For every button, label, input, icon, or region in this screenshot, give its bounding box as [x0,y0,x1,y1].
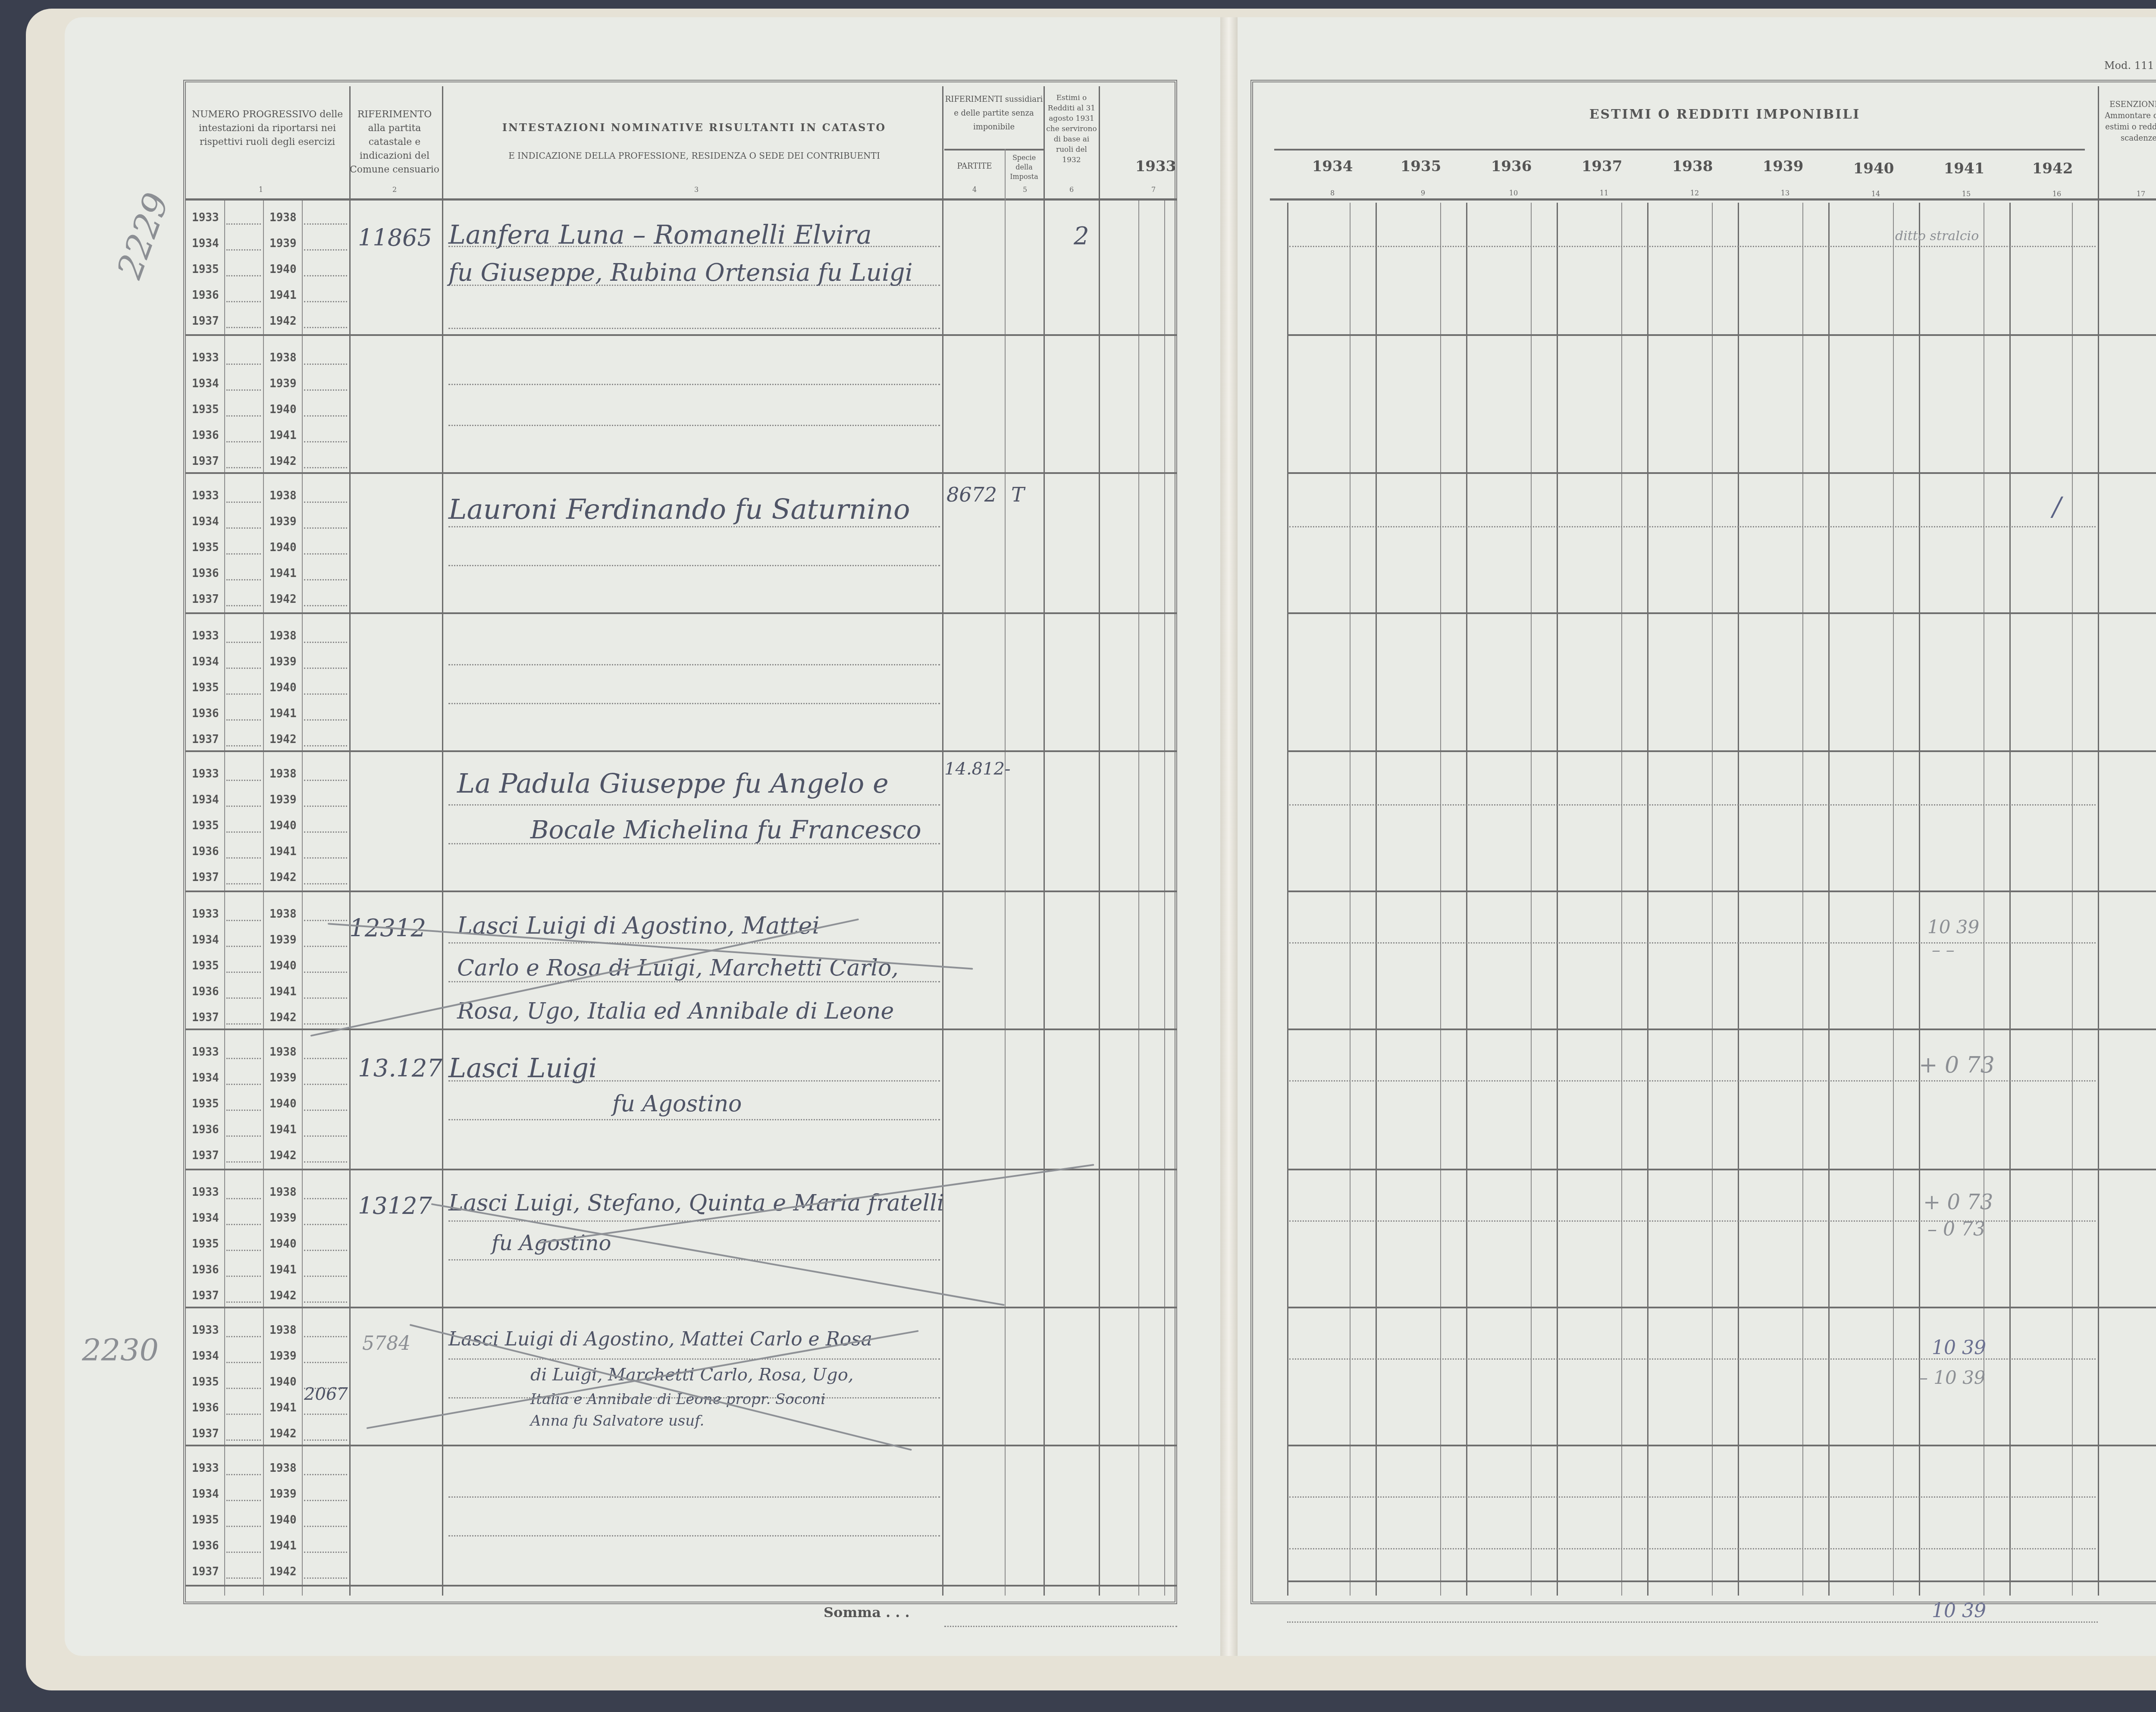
year-label: 1940 [269,1097,297,1110]
year-label: 1938 [269,1046,297,1059]
year-fill-line [304,972,347,973]
year-fill-line [304,1526,347,1527]
col-divider [1712,203,1713,1596]
ruled-line [448,328,940,329]
year-label: 1940 [269,263,297,276]
header-year-1935: 1935 [1376,160,1466,173]
year-fill-line [304,327,347,328]
right-table-frame [1250,80,2156,1604]
colnum-7: 7 [1147,185,1160,194]
year-fill-line [226,364,261,365]
row-separator [185,1585,1177,1587]
entry-7-line-1: Lasci Luigi [448,1052,597,1084]
header-partite: PARTITE [944,160,1005,173]
year-fill-line [226,1110,261,1111]
book-gutter [1220,17,1238,1656]
header-intestazioni-sub: E INDICAZIONE DELLA PROFESSIONE, RESIDEN… [444,149,944,163]
entry-1-line-2: fu Giuseppe, Rubina Ortensia fu Luigi [448,259,913,287]
year-label: 1941 [269,1402,297,1414]
row-separator [1287,1445,2156,1446]
year-label: 1934 [192,377,219,390]
year-fill-line [226,1474,261,1475]
year-label: 1935 [192,1097,219,1110]
ruled-line [448,981,940,982]
year-fill-line [304,1058,347,1059]
year-label: 1938 [269,1324,297,1337]
year-label: 1940 [269,1514,297,1527]
colnum-17: 17 [2134,190,2147,198]
entry-9-partita: 5784 [362,1333,411,1355]
margin-note-2230: 2230 [82,1333,159,1368]
col-divider [2009,203,2011,1596]
form-model-label: Mod. 111 - Imposte Dirette (Intercalare)… [2104,60,2156,72]
col-divider [442,86,443,1596]
year-fill-line [226,883,261,884]
header-bottom-rule-left [185,198,1177,201]
year-fill-line [304,364,347,365]
year-label: 1937 [192,593,219,606]
col-divider [1287,203,1288,1596]
year-fill-line [226,1198,261,1199]
year-label: 1933 [192,1462,219,1475]
year-fill-line [304,1362,347,1363]
ruled-line [448,565,940,566]
entry-9-value-1941-minus: – 10 39 [1919,1367,1986,1388]
year-label: 1937 [192,1011,219,1024]
year-label: 1939 [269,793,297,806]
col-divider [1350,203,1351,1596]
year-label: 1938 [269,1462,297,1475]
year-fill-line [226,441,261,442]
year-fill-line [304,441,347,442]
year-fill-line [304,997,347,999]
year-label: 1933 [192,908,219,921]
year-label: 1937 [192,1289,219,1302]
year-label: 1936 [192,429,219,442]
col-divider [1164,201,1165,1596]
year-fill-line [304,275,347,276]
colnum-11: 11 [1598,189,1611,197]
year-fill-line [304,719,347,721]
year-fill-line [304,780,347,781]
year-label: 1934 [192,793,219,806]
year-fill-line [226,1388,261,1389]
colnum-14: 14 [1869,190,1882,198]
header-riferimenti: RIFERIMENTI sussidiari e delle partite s… [944,93,1044,134]
year-label: 1938 [269,351,297,364]
year-label: 1942 [269,315,297,328]
year-label: 1939 [269,1212,297,1225]
entry-3-line-1: Lauroni Ferdinando fu Saturnino [448,494,910,526]
year-label: 1938 [269,489,297,502]
year-fill-line [226,275,261,276]
year-fill-line [304,605,347,606]
row-separator [185,334,1177,336]
header-estimi-imponibili: ESTIMI O REDDITI IMPONIBILI [1337,108,2113,122]
year-fill-line [304,527,347,529]
year-fill-line [226,831,261,833]
year-fill-line [226,780,261,781]
entry-9-value-1941: 10 39 [1932,1337,1986,1359]
colnum-1: 1 [254,185,267,194]
sum-label: Somma . . . [824,1604,910,1621]
ruled-line [448,942,940,944]
year-label: 1934 [192,1072,219,1085]
ruled-line [448,1119,940,1120]
col-divider [1138,201,1139,1596]
col-divider [1893,203,1894,1596]
year-fill-line [226,642,261,643]
entry-3-partite: 8672 [946,483,997,506]
col-divider [1802,203,1803,1596]
year-label: 1933 [192,768,219,781]
entry-1-annotation-1941: ditto stralcio [1895,229,1979,244]
year-label: 1937 [192,1565,219,1578]
year-label: 1939 [269,377,297,390]
year-fill-line [304,1135,347,1137]
header-year-1942: 1942 [2009,162,2096,176]
year-label: 1941 [269,1264,297,1276]
entry-3-specie: T [1011,483,1025,506]
year-label: 1937 [192,315,219,328]
entry-7-partita: 13.127 [358,1054,442,1082]
year-fill-line [226,415,261,417]
year-label: 1938 [269,1186,297,1199]
year-fill-line [226,579,261,580]
estimi-subheader-rule [1274,149,2085,151]
colnum-2: 2 [388,185,401,194]
col-divider [1557,203,1558,1596]
entry-5-partite: 14.812- [944,759,1010,779]
year-label: 1933 [192,489,219,502]
ruled-line [1289,246,2096,247]
year-fill-line [226,693,261,695]
ruled-line [448,384,940,385]
row-separator [1287,1580,2156,1582]
year-fill-line [226,972,261,973]
year-fill-line [226,502,261,503]
row-separator [185,1445,1177,1446]
year-label: 1941 [269,567,297,580]
year-label: 1935 [192,403,219,416]
year-label: 1933 [192,630,219,643]
header-year-1941: 1941 [1919,162,2009,176]
row-separator [185,612,1177,614]
header-year-1937: 1937 [1557,160,1647,173]
year-fill-line [226,806,261,807]
ruled-line [1289,804,2096,806]
sum-value-1941: 10 39 [1932,1600,1986,1622]
year-label: 1934 [192,1212,219,1225]
year-label: 1937 [192,455,219,468]
year-fill-line [304,693,347,695]
year-label: 1935 [192,1514,219,1527]
ruled-line [1289,1496,2096,1498]
year-fill-line [304,1439,347,1441]
colnum-6: 6 [1065,185,1078,194]
year-label: 1942 [269,733,297,746]
year-label: 1941 [269,289,297,302]
year-fill-line [304,579,347,580]
year-label: 1934 [192,934,219,947]
colnum-4: 4 [968,185,981,194]
year-fill-line [304,1474,347,1475]
row-separator [1287,612,2156,614]
year-label: 1939 [269,934,297,947]
row-separator [1287,750,2156,752]
header-bottom-rule-right [1270,198,2156,201]
ruled-line [448,425,940,426]
entry-5-line-1: La Padula Giuseppe fu Angelo e [457,768,889,799]
year-label: 1941 [269,845,297,858]
year-label: 1937 [192,1149,219,1162]
year-fill-line [226,1500,261,1501]
year-fill-line [226,1084,261,1085]
year-label: 1942 [269,1427,297,1440]
year-label: 1936 [192,707,219,720]
entry-9-line-1: Lasci Luigi di Agostino, Mattei Carlo e … [448,1328,872,1350]
col-divider [1531,203,1532,1596]
year-label: 1936 [192,1264,219,1276]
year-fill-line [304,1336,347,1337]
col-divider [1828,203,1830,1596]
colnum-15: 15 [1960,190,1973,198]
entry-1-line-1: Lanfera Luna – Romanelli Elvira [448,220,872,250]
year-fill-line [226,857,261,859]
row-separator [1287,334,2156,336]
col-divider [1440,203,1441,1596]
year-label: 1934 [192,237,219,250]
header-numero-progressivo: NUMERO PROGRESSIVO delle intestazioni da… [188,108,347,149]
year-label: 1933 [192,211,219,224]
year-fill-line [226,527,261,529]
ruled-line [448,1259,940,1260]
year-fill-line [226,1439,261,1441]
colnum-8: 8 [1326,189,1339,197]
entry-6-line-3: Rosa, Ugo, Italia ed Annibale di Leone [457,998,894,1024]
year-label: 1941 [269,707,297,720]
year-label: 1936 [192,1540,219,1552]
year-fill-line [304,223,347,225]
header-intestazioni: INTESTAZIONI NOMINATIVE RISULTANTI IN CA… [444,121,944,135]
year-label: 1936 [192,567,219,580]
col-divider [1044,86,1045,1596]
year-fill-line [226,1577,261,1579]
year-label: 1934 [192,655,219,668]
row-separator [185,1169,1177,1170]
row-separator [185,1307,1177,1308]
year-label: 1940 [269,959,297,972]
col-divider [1738,203,1739,1596]
year-label: 1936 [192,985,219,998]
year-label: 1935 [192,819,219,832]
year-fill-line [226,389,261,391]
year-fill-line [304,642,347,643]
year-label: 1942 [269,1149,297,1162]
ruled-line [448,703,940,704]
header-specie: Specie della Imposta [1005,153,1044,182]
col-divider [302,201,303,1596]
year-label: 1934 [192,515,219,528]
entry-6-value-1941-minus: – – [1932,940,1955,960]
entry-9-partita-alt: 2067 [304,1384,348,1404]
year-fill-line [304,1250,347,1251]
year-fill-line [304,883,347,884]
year-label: 1937 [192,733,219,746]
year-fill-line [304,415,347,417]
sum-line [944,1626,1177,1627]
year-fill-line [304,1023,347,1025]
year-label: 1939 [269,655,297,668]
year-fill-line [226,1414,261,1415]
entry-8-value-1941-minus: – 0 73 [1927,1218,1985,1240]
ruled-line [448,804,940,806]
year-label: 1938 [269,768,297,781]
entry-3-mark-1942: / [2053,492,2061,522]
year-label: 1939 [269,1350,297,1363]
year-label: 1940 [269,1238,297,1251]
year-label: 1936 [192,1402,219,1414]
year-label: 1933 [192,1324,219,1337]
col-divider [2098,86,2099,1596]
year-label: 1938 [269,908,297,921]
col-divider [349,86,351,1596]
entry-7-value-1941: + 0 73 [1919,1052,1995,1078]
year-label: 1941 [269,1123,297,1136]
year-fill-line [304,857,347,859]
colnum-10: 10 [1507,189,1520,197]
year-label: 1935 [192,541,219,554]
row-separator [185,890,1177,892]
year-fill-line [226,1362,261,1363]
year-label: 1935 [192,1376,219,1389]
ruled-line [1289,942,2096,944]
year-label: 1938 [269,211,297,224]
year-fill-line [304,745,347,746]
year-fill-line [304,1552,347,1553]
year-label: 1935 [192,1238,219,1251]
ruled-line [448,526,940,527]
year-fill-line [226,946,261,947]
year-label: 1939 [269,1488,297,1501]
year-fill-line [226,223,261,225]
ruled-line [448,664,940,665]
year-fill-line [304,1577,347,1579]
row-separator [1287,1307,2156,1308]
colnum-5: 5 [1018,185,1031,194]
row-separator [1287,1028,2156,1030]
year-fill-line [226,1023,261,1025]
year-fill-line [226,1224,261,1225]
year-fill-line [226,1336,261,1337]
year-label: 1941 [269,985,297,998]
year-fill-line [304,1198,347,1199]
year-label: 1939 [269,237,297,250]
year-fill-line [304,920,347,921]
year-label: 1942 [269,1289,297,1302]
year-fill-line [226,1526,261,1527]
entry-1-col6: 2 [1074,222,1089,250]
year-fill-line [226,997,261,999]
year-fill-line [304,1500,347,1501]
year-label: 1941 [269,1540,297,1552]
year-label: 1938 [269,630,297,643]
year-fill-line [304,1301,347,1303]
year-fill-line [226,327,261,328]
year-fill-line [226,1135,261,1137]
entry-9-line-4: Anna fu Salvatore usuf. [530,1412,704,1430]
year-label: 1933 [192,1186,219,1199]
col-divider [2072,203,2073,1596]
year-label: 1936 [192,289,219,302]
year-fill-line [226,1276,261,1277]
year-fill-line [304,806,347,807]
year-fill-line [226,920,261,921]
year-label: 1934 [192,1488,219,1501]
ruled-line [1289,526,2096,527]
colnum-12: 12 [1688,189,1701,197]
year-label: 1942 [269,871,297,884]
year-fill-line [226,1058,261,1059]
entry-6-value-1941: 10 39 [1927,916,1979,938]
entry-6-line-1: Lasci Luigi di Agostino, Mattei [457,912,820,939]
entry-5-line-2: Bocale Michelina fu Francesco [530,815,921,844]
year-label: 1942 [269,1011,297,1024]
row-separator [185,472,1177,474]
col-divider [1466,203,1467,1596]
entry-7-line-2: fu Agostino [612,1091,742,1117]
entry-8-line-1: Lasci Luigi, Stefano, Quinta e Maria fra… [448,1190,944,1216]
header-year-1940: 1940 [1828,162,1919,176]
header-esenzioni: ESENZIONI — Ammontare degli estimi o red… [2100,99,2156,144]
entry-9-line-3: Italia e Annibale di Leone propr. Soconi [530,1391,825,1408]
year-label: 1942 [269,1565,297,1578]
year-fill-line [226,467,261,468]
year-label: 1942 [269,593,297,606]
col-divider [224,201,225,1596]
header-year-1934: 1934 [1289,160,1376,173]
year-fill-line [226,745,261,746]
year-fill-line [304,1224,347,1225]
year-label: 1934 [192,1350,219,1363]
row-separator [1287,1169,2156,1170]
col-divider [263,201,264,1596]
header-estimi-1931: Estimi o Redditi al 31 agosto 1931 che s… [1046,93,1097,165]
year-fill-line [226,553,261,555]
year-label: 1941 [269,429,297,442]
colnum-3: 3 [690,185,703,194]
entry-1-partita: 11865 [358,224,432,251]
year-fill-line [226,668,261,669]
col-divider [1621,203,1622,1596]
year-fill-line [304,502,347,503]
year-label: 1940 [269,681,297,694]
year-fill-line [226,719,261,721]
year-fill-line [304,553,347,555]
col-divider [1099,86,1100,1596]
year-fill-line [304,946,347,947]
row-separator [1287,890,2156,892]
year-fill-line [304,389,347,391]
year-label: 1935 [192,681,219,694]
entry-8-value-1941: + 0 73 [1923,1190,1993,1214]
entry-8-partita: 13127 [358,1192,432,1220]
year-fill-line [226,1552,261,1553]
colnum-9: 9 [1416,189,1429,197]
year-label: 1935 [192,263,219,276]
year-fill-line [304,301,347,302]
col-divider [1005,149,1006,1596]
